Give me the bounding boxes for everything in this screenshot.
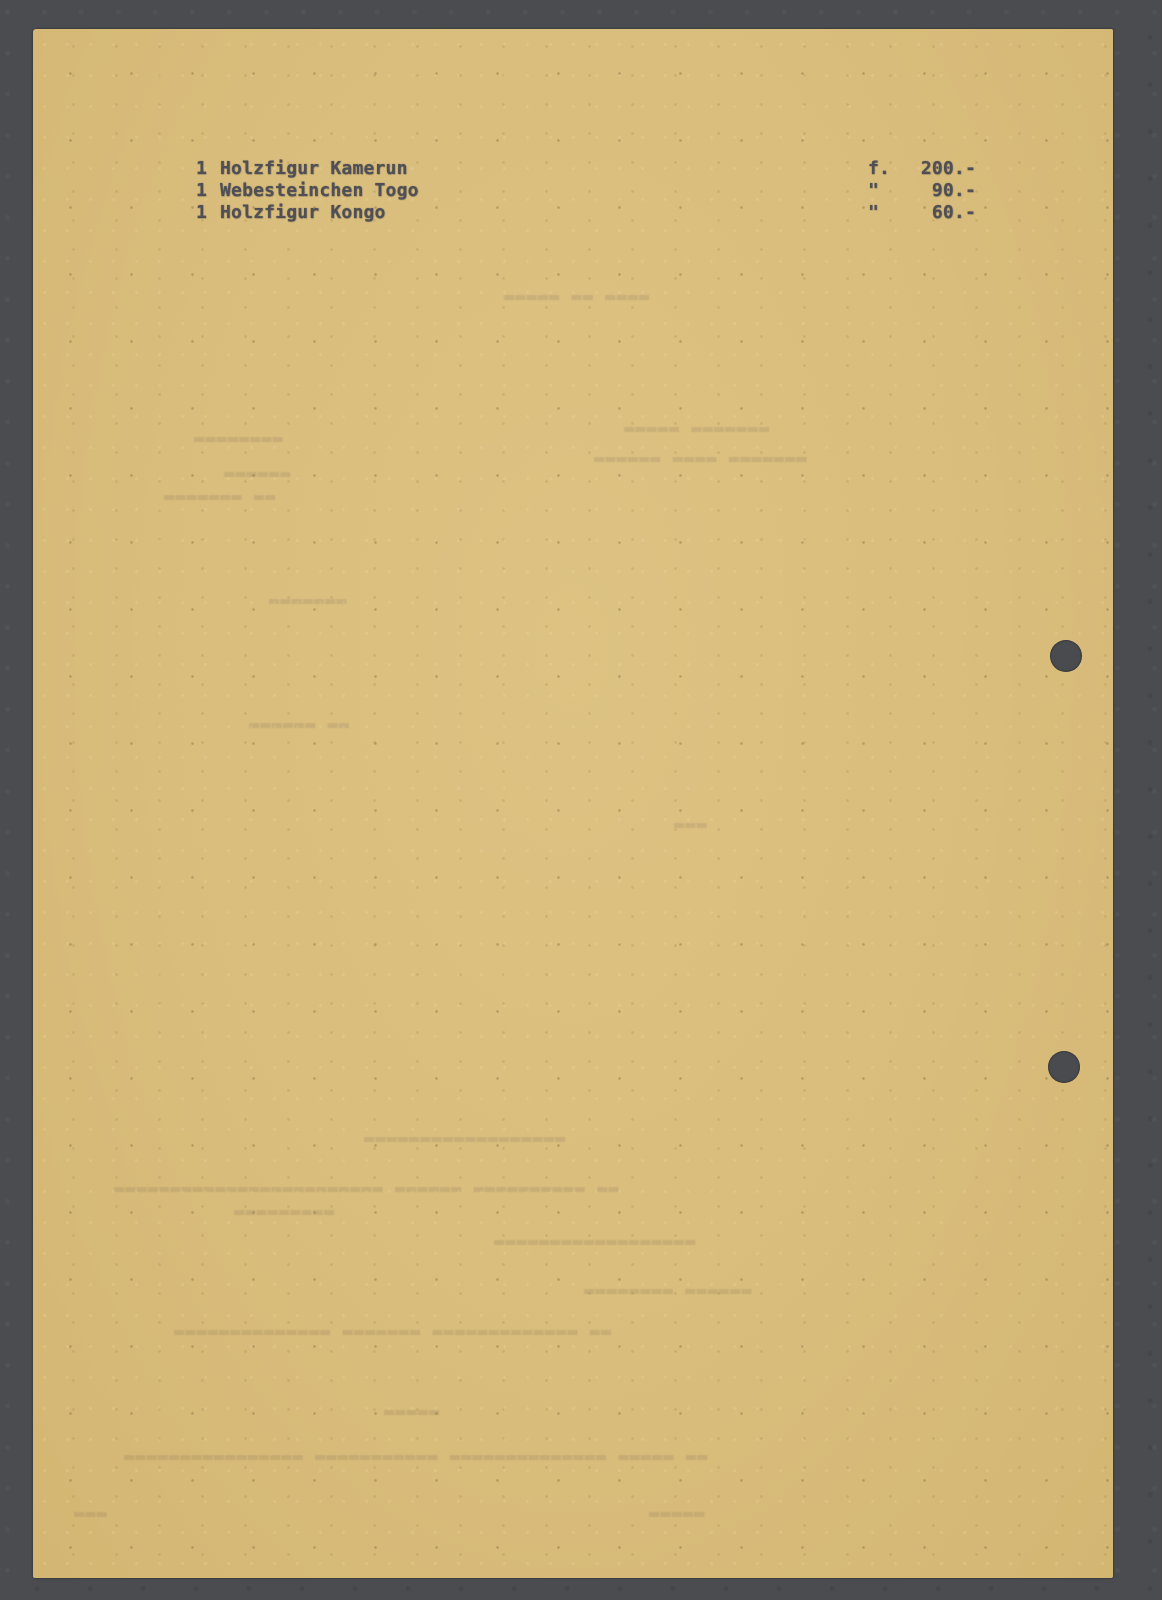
list-item: 1 Holzfigur Kongo " 60.- (196, 202, 976, 224)
bleed-through-texture: ▬▬▬▬▬▬ (223, 464, 290, 484)
bleed-through-texture: ▬▬▬▬▬▬▬▬ (193, 429, 283, 449)
bleed-through-texture: ▬▬▬ (673, 815, 707, 835)
punch-hole-lower (1048, 1051, 1080, 1083)
item-description: Holzfigur Kongo (220, 202, 868, 223)
bleed-through-texture: ▬▬ ▬▬▬▬▬▬ (248, 715, 349, 735)
item-amount: 60.- (896, 202, 976, 223)
item-currency: f. (868, 158, 896, 179)
bleed-through-texture: ▬▬▬▬▬▬▬ ▬▬▬▬ ▬▬▬▬▬▬ (593, 449, 806, 469)
bleed-through-texture: ▬▬ ▬▬▬▬▬▬▬ (163, 487, 275, 507)
item-quantity: 1 (196, 158, 220, 179)
item-amount: 90.- (896, 180, 976, 201)
item-amount: 200.- (896, 158, 976, 179)
bleed-through-texture: ▬▬ ▬▬▬▬▬ ▬▬▬▬▬▬▬▬▬▬▬▬▬▬ ▬▬▬▬▬▬▬▬▬▬▬ ▬▬▬▬… (123, 1447, 707, 1467)
bleed-through-texture: ▬▬ ▬▬▬▬▬▬▬▬▬▬▬▬▬ ▬▬▬▬▬▬▬ ▬▬▬▬▬▬▬▬▬▬▬▬▬▬ (173, 1322, 611, 1342)
item-description: Webesteinchen Togo (220, 180, 868, 201)
list-item: 1 Holzfigur Kamerun f. 200.- (196, 158, 976, 180)
bleed-through-texture: ▬▬▬▬▬ (383, 1402, 439, 1422)
bleed-through-texture: ▬▬▬▬▬▬▬▬▬ (233, 1202, 334, 1222)
bleed-through-texture: ▬▬ ▬▬▬▬▬▬▬▬▬▬ ▬▬▬▬▬▬ ▬▬▬▬▬▬▬▬▬▬▬▬▬▬▬▬▬▬▬… (113, 1179, 619, 1199)
bleed-through-texture: ▬▬▬▬▬▬▬ ▬▬▬▬▬ (623, 419, 769, 439)
bleed-through-texture: ▬▬▬▬▬▬▬▬▬▬▬▬▬▬▬▬▬▬ (493, 1232, 695, 1252)
item-description: Holzfigur Kamerun (220, 158, 868, 179)
bleed-through-texture: ▬▬▬▬▬▬▬▬▬▬▬▬▬▬▬▬▬▬ (363, 1129, 565, 1149)
item-quantity: 1 (196, 202, 220, 223)
item-quantity: 1 (196, 180, 220, 201)
item-currency: " (868, 180, 896, 201)
item-currency: " (868, 202, 896, 223)
bleed-through-texture: ▬▬▬ (73, 1504, 107, 1524)
document-page: ▬▬▬▬ ▬▬ ▬▬▬▬▬ ▬▬▬▬▬▬▬ ▬▬▬▬▬ ▬▬▬▬▬▬▬ ▬▬▬▬… (33, 29, 1113, 1578)
bleed-through-texture: ▬▬▬▬▬▬▬ (268, 591, 347, 611)
punch-hole-upper (1050, 640, 1082, 672)
list-item: 1 Webesteinchen Togo " 90.- (196, 180, 976, 202)
item-list: 1 Holzfigur Kamerun f. 200.- 1 Webestein… (196, 158, 976, 224)
bleed-through-texture: ▬▬▬▬ ▬▬ ▬▬▬▬▬ (503, 287, 649, 307)
bleed-through-texture: ▬▬▬▬▬▬ ▬▬▬▬▬▬▬▬ (583, 1281, 752, 1301)
bleed-through-texture: ▬▬▬▬▬ (648, 1504, 704, 1524)
